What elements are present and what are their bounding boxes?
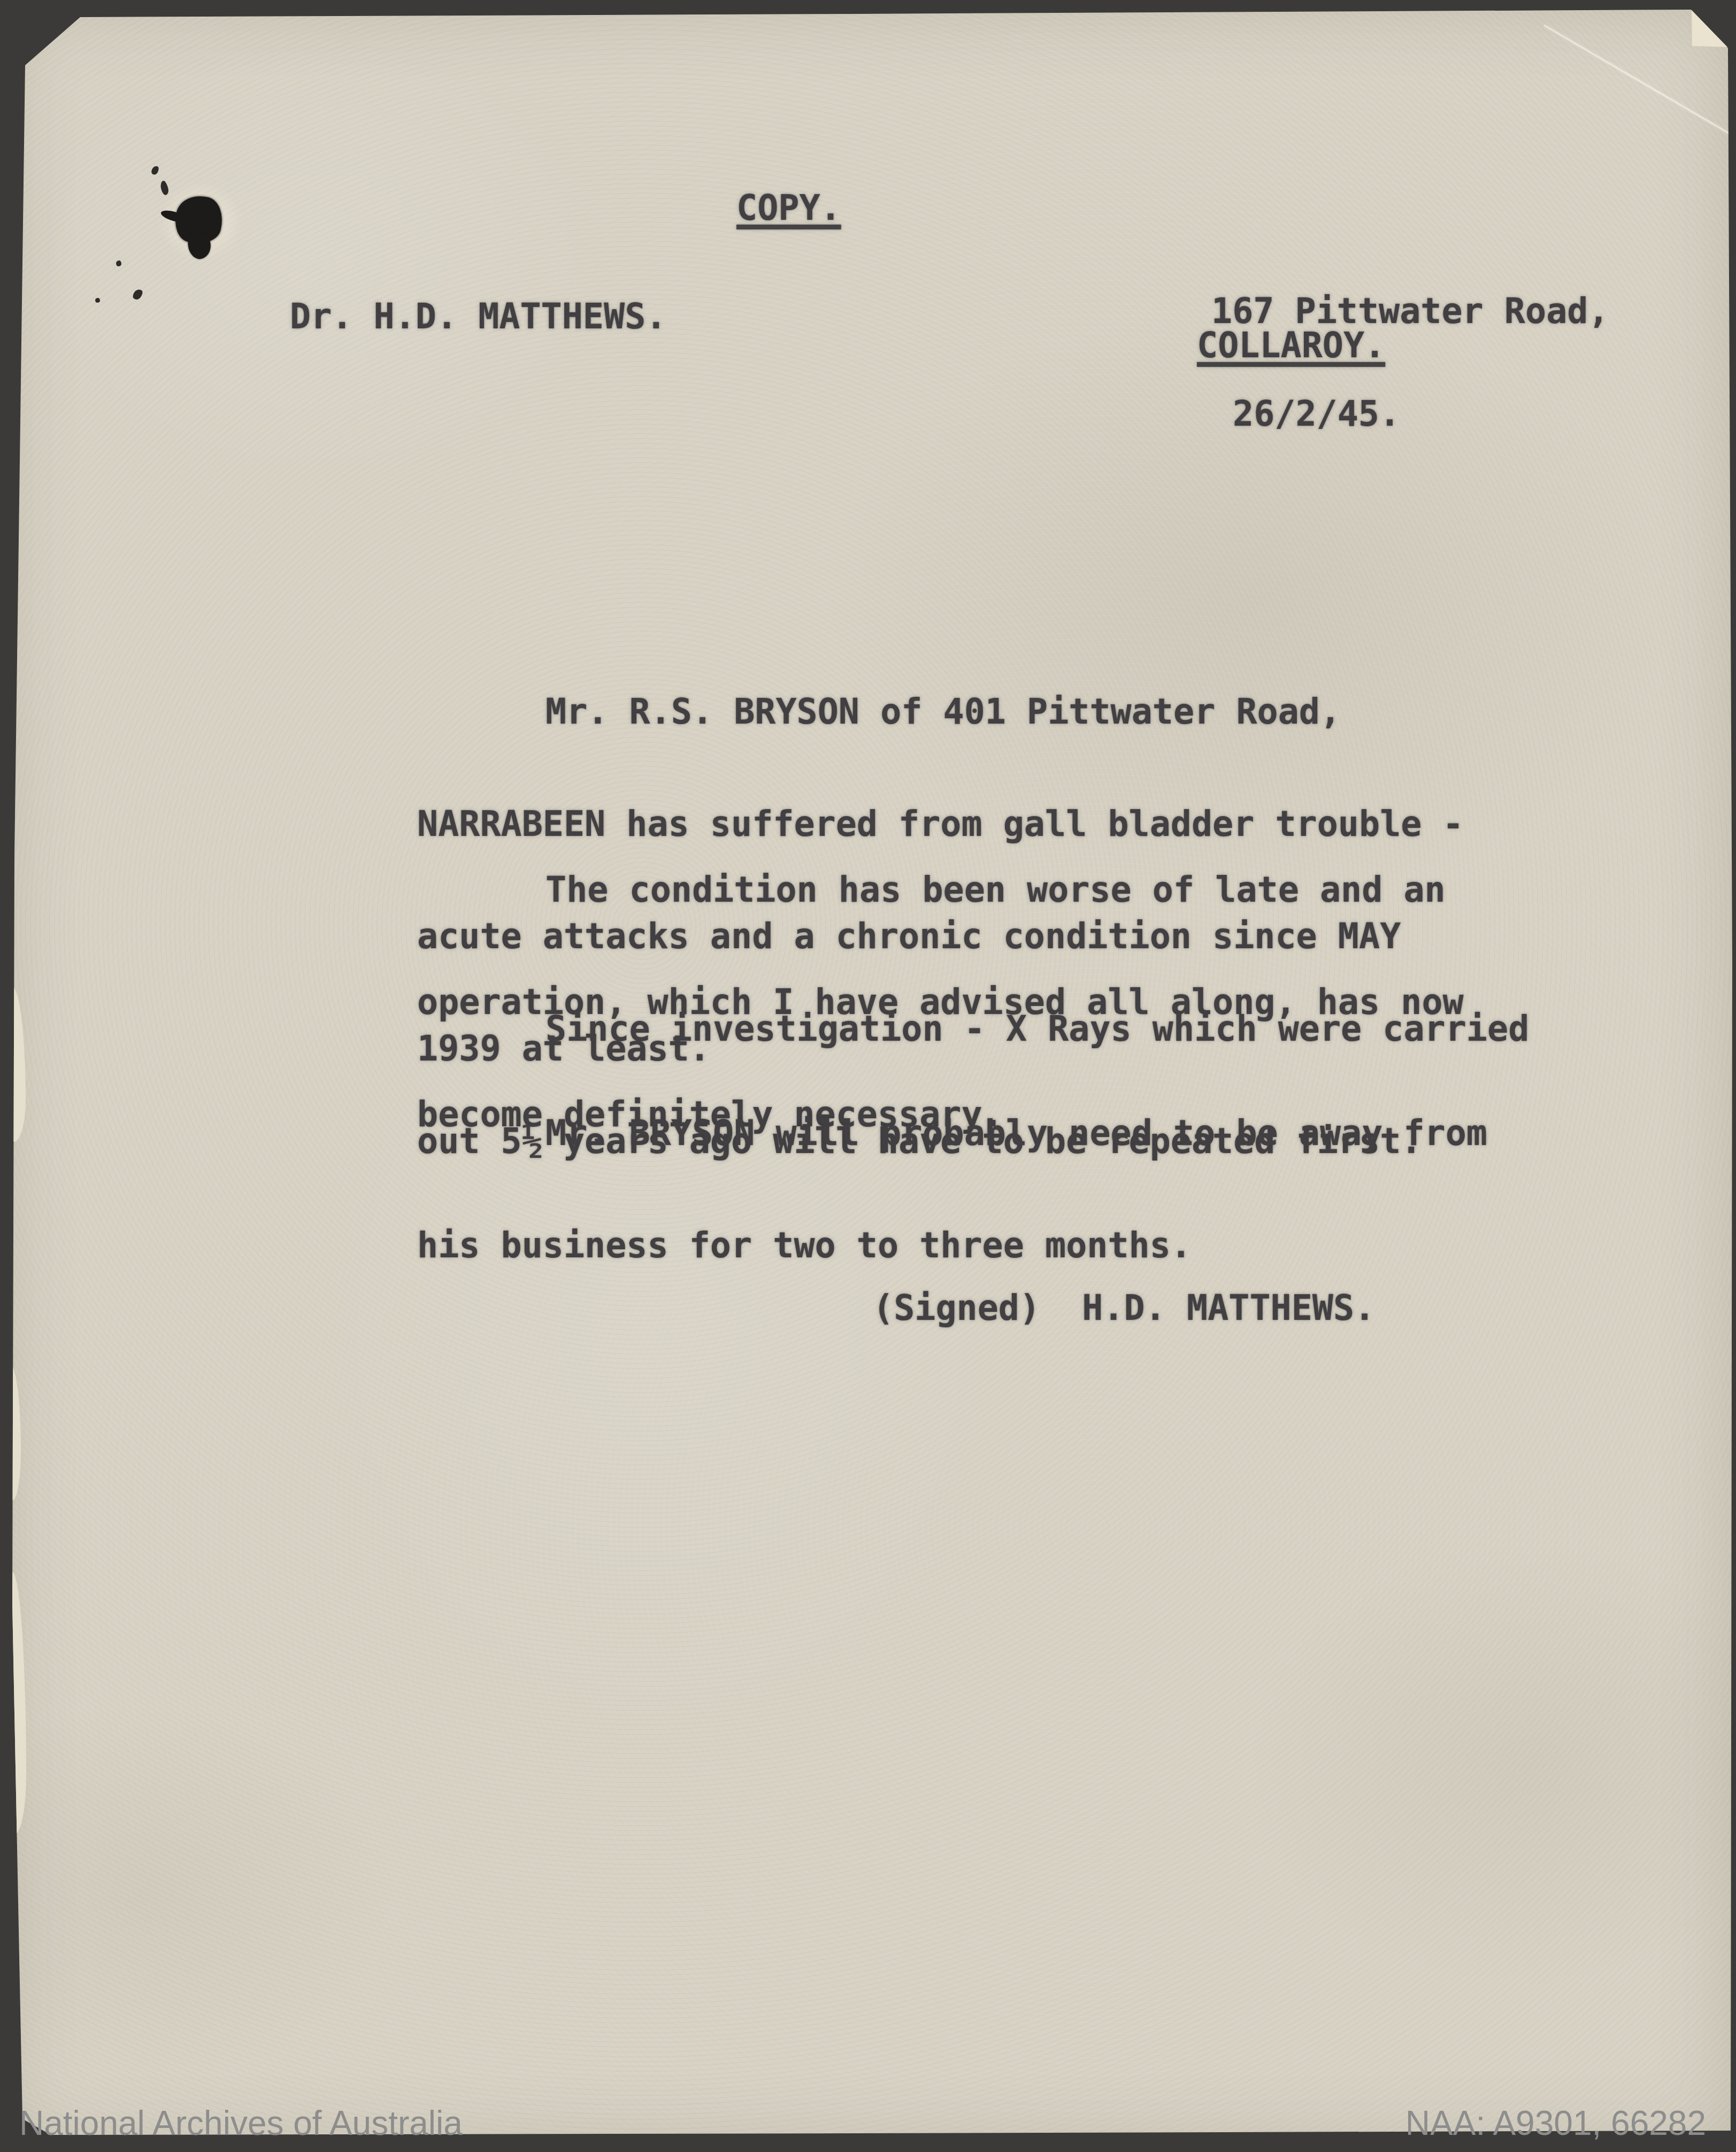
sender-name: Dr. H.D. MATTHEWS. (290, 298, 666, 336)
archive-watermark: National Archives of Australia (19, 2106, 463, 2140)
ink-speck (116, 260, 121, 266)
address-line-2: COLLAROY. (1197, 327, 1385, 365)
edge-tear (4, 987, 26, 1142)
ink-speck (95, 298, 100, 303)
edge-tear (3, 1366, 21, 1500)
body-line: Mr. BRYSON will probably need to be away… (417, 1115, 1487, 1152)
body-line: his business for two to three months. (417, 1227, 1487, 1265)
copy-heading-text: COPY. (736, 188, 841, 228)
paper-sheet: COPY. Dr. H.D. MATTHEWS. 167 Pittwater R… (0, 0, 1736, 2152)
scan-background: COPY. Dr. H.D. MATTHEWS. 167 Pittwater R… (0, 0, 1736, 2152)
signature-line: (Signed) H.D. MATTHEWS. (873, 1290, 1375, 1327)
copy-heading: COPY. (736, 190, 841, 227)
address-line-2-text: COLLAROY. (1197, 326, 1385, 366)
letter-date: 26/2/45. (1233, 396, 1400, 433)
edge-tear (3, 1572, 26, 1834)
body-line: The condition has been worse of late and… (417, 872, 1464, 909)
body-line: Mr. R.S. BRYSON of 401 Pittwater Road, (417, 694, 1464, 731)
ink-speck (150, 165, 160, 176)
archive-reference: NAA: A9301, 66282 (1405, 2106, 1706, 2140)
address-line-1: 167 Pittwater Road, (1211, 293, 1609, 331)
ink-speck (131, 288, 144, 302)
